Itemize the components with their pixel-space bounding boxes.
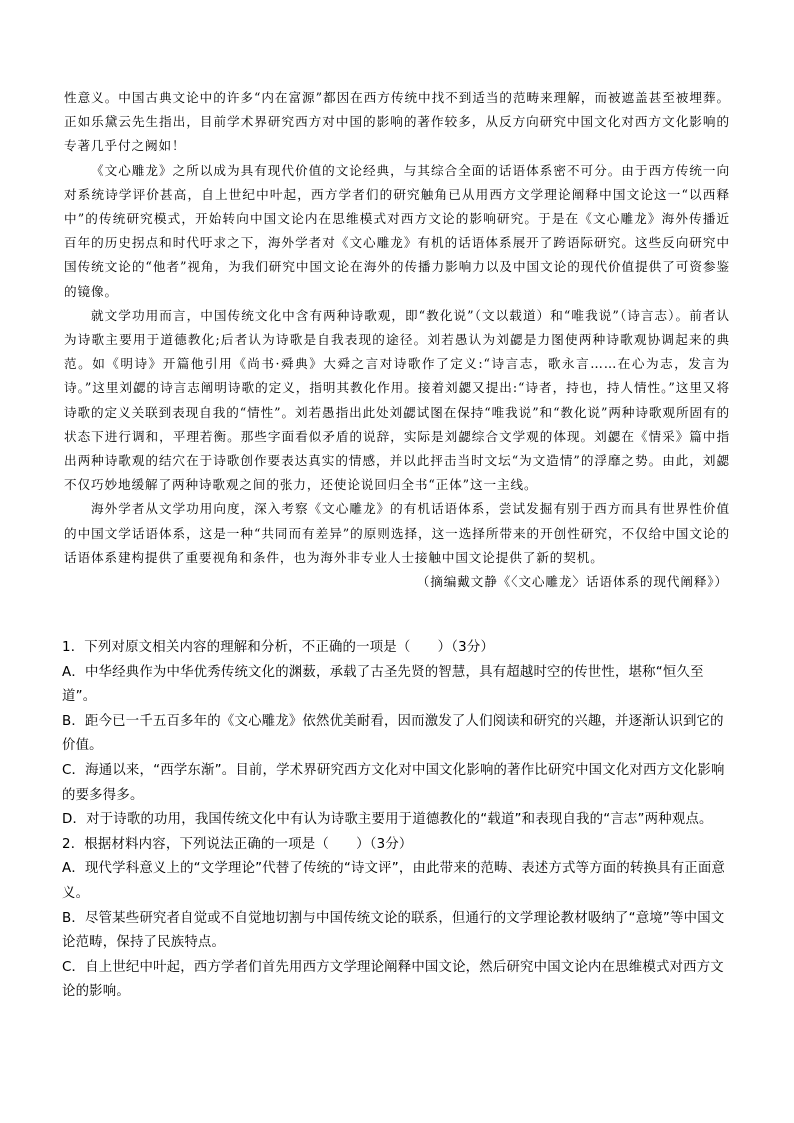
reading-passage: 性意义。中国古典文论中的许多“内在富源”都因在西方传统中找不到适当的范畴来理解，… — [64, 86, 730, 594]
passage-paragraph-3: 就文学功用而言，中国传统文化中含有两种诗歌观，即“教化说”（文以载道）和“唯我说… — [64, 304, 730, 498]
passage-paragraph-2: 《文心雕龙》之所以成为具有现代价值的文论经典，与其综合全面的话语体系密不可分。由… — [64, 159, 730, 304]
option-c: C．自上世纪中叶起，西方学者们首先用西方文学理论阐释中国文论，然后研究中国文论内… — [62, 956, 730, 1005]
option-a: A．现代学科意义上的“文学理论”代替了传统的“诗文评”，由此带来的范畴、表述方式… — [62, 857, 730, 906]
passage-source: （摘编戴文静《〈文心雕龙〉话语体系的现代阐释》） — [64, 570, 730, 594]
question-2: 2．根据材料内容，下列说法正确的一项是（ ）（3分） A．现代学科意义上的“文学… — [62, 833, 730, 1005]
question-1: 1．下列对原文相关内容的理解和分析，不正确的一项是（ ）（3分） A．中华经典作… — [62, 636, 730, 833]
option-b: B．距今已一千五百多年的《文心雕龙》依然优美耐看，因而激发了人们阅读和研究的兴趣… — [62, 710, 730, 759]
document-page: 性意义。中国古典文论中的许多“内在富源”都因在西方传统中找不到适当的范畴来理解，… — [0, 0, 794, 1123]
question-list: 1．下列对原文相关内容的理解和分析，不正确的一项是（ ）（3分） A．中华经典作… — [62, 636, 730, 1005]
question-stem: 1．下列对原文相关内容的理解和分析，不正确的一项是（ ）（3分） — [62, 636, 730, 661]
option-c: C．海通以来，“西学东渐”。目前，学术界研究西方文化对中国文化影响的著作比研究中… — [62, 759, 730, 808]
option-b: B．尽管某些研究者自觉或不自觉地切割与中国传统文论的联系，但通行的文学理论教材吸… — [62, 907, 730, 956]
passage-paragraph-4: 海外学者从文学功用向度，深入考察《文心雕龙》的有机话语体系，尝试发掘有别于西方而… — [64, 497, 730, 570]
option-a: A．中华经典作为中华优秀传统文化的渊薮，承载了古圣先贤的智慧，具有超越时空的传世… — [62, 661, 730, 710]
question-stem: 2．根据材料内容，下列说法正确的一项是（ ）（3分） — [62, 833, 730, 858]
passage-paragraph-1: 性意义。中国古典文论中的许多“内在富源”都因在西方传统中找不到适当的范畴来理解，… — [64, 86, 730, 159]
option-d: D．对于诗歌的功用，我国传统文化中有认为诗歌主要用于道德教化的“载道”和表现自我… — [62, 808, 730, 833]
